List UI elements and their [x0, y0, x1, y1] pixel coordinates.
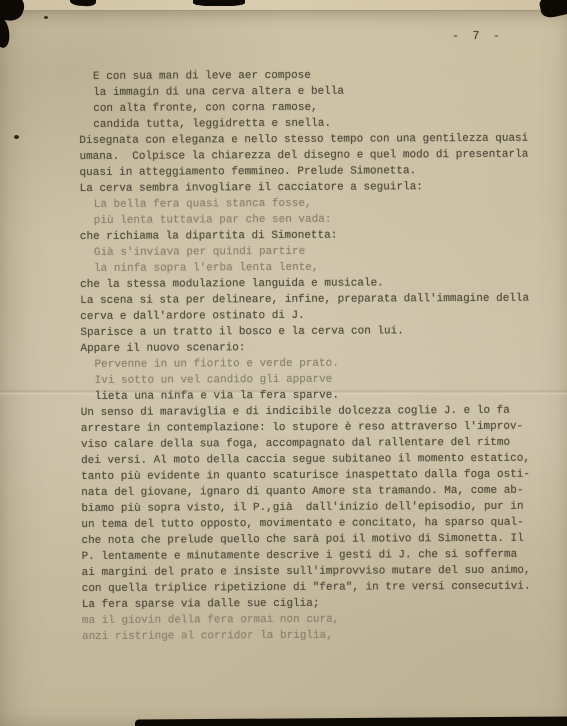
scanned-page: - 7 - E con sua man di leve aer composel…	[0, 0, 567, 726]
scan-artifact-top-blob	[193, 0, 245, 6]
typewritten-text: E con sua man di leve aer composela imma…	[79, 67, 552, 645]
paper-speck	[14, 135, 19, 139]
text-line: umana. Colpisce la chiarezza del disegno…	[79, 147, 549, 165]
paper-speck	[44, 16, 48, 19]
page-number: - 7 -	[452, 29, 503, 43]
text-line: anzi ristringe al corridor la briglia,	[82, 627, 552, 645]
text-line: con quella triplice ripetizione di "fera…	[82, 579, 552, 597]
text-line: La scena si sta per delineare, infine, p…	[80, 291, 550, 309]
